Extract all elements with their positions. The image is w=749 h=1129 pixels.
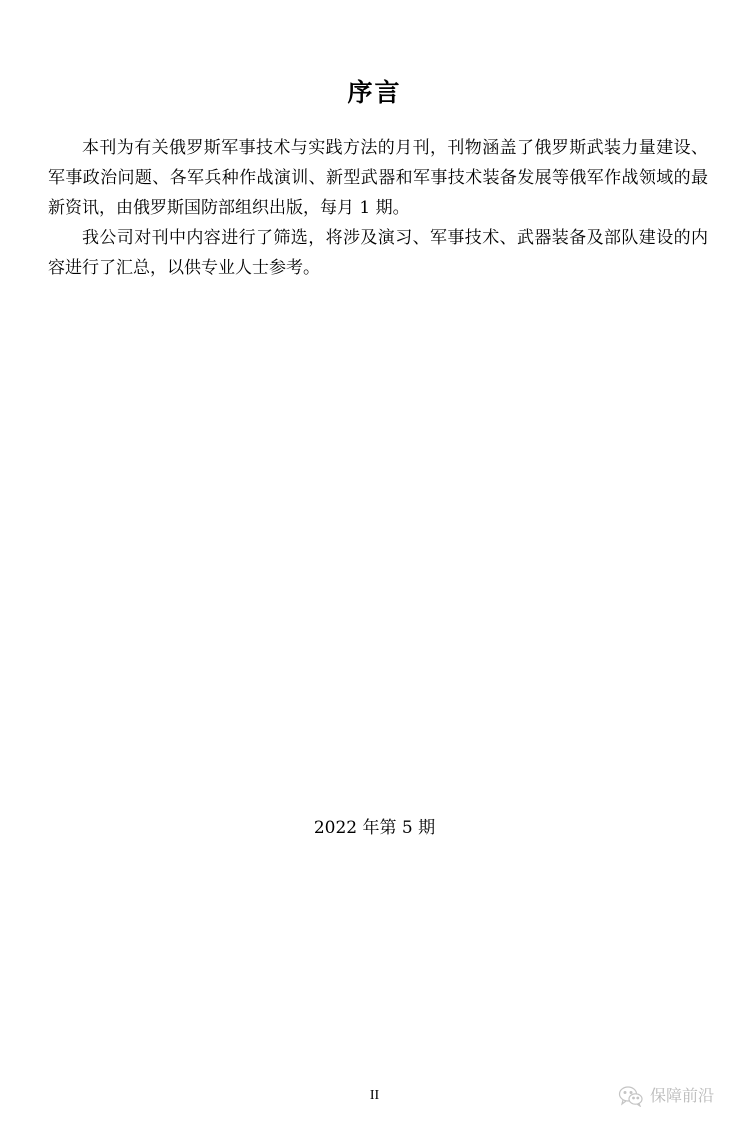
wechat-icon <box>618 1085 644 1107</box>
watermark-label: 保障前沿 <box>650 1084 714 1108</box>
issue-label: 2022 年第 5 期 <box>0 814 749 842</box>
paragraph: 本刊为有关俄罗斯军事技术与实践方法的月刊，刊物涵盖了俄罗斯武装力量建设、军事政治… <box>48 133 708 223</box>
page-title: 序言 <box>0 73 749 113</box>
paragraph: 我公司对刊中内容进行了筛选，将涉及演习、军事技术、武器装备及部队建设的内容进行了… <box>48 223 708 283</box>
watermark: 保障前沿 <box>618 1084 714 1108</box>
preface-body: 本刊为有关俄罗斯军事技术与实践方法的月刊，刊物涵盖了俄罗斯武装力量建设、军事政治… <box>48 133 708 283</box>
